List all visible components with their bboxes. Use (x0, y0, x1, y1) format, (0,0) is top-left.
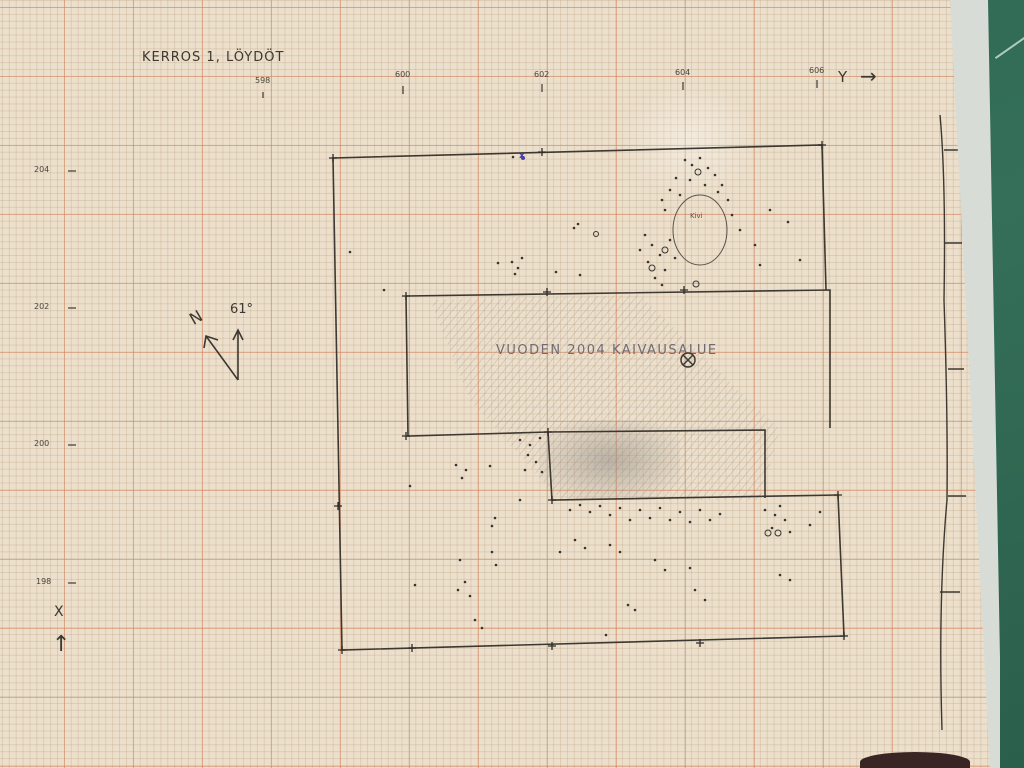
graph-paper-sheet: KERROS 1, LÖYDÖT 598 600 602 604 606 Y →… (0, 0, 990, 768)
photo-shadow (860, 752, 970, 768)
stone-outline (673, 195, 727, 265)
plan-drawing (0, 0, 990, 768)
north-arrow-icon (204, 330, 243, 380)
